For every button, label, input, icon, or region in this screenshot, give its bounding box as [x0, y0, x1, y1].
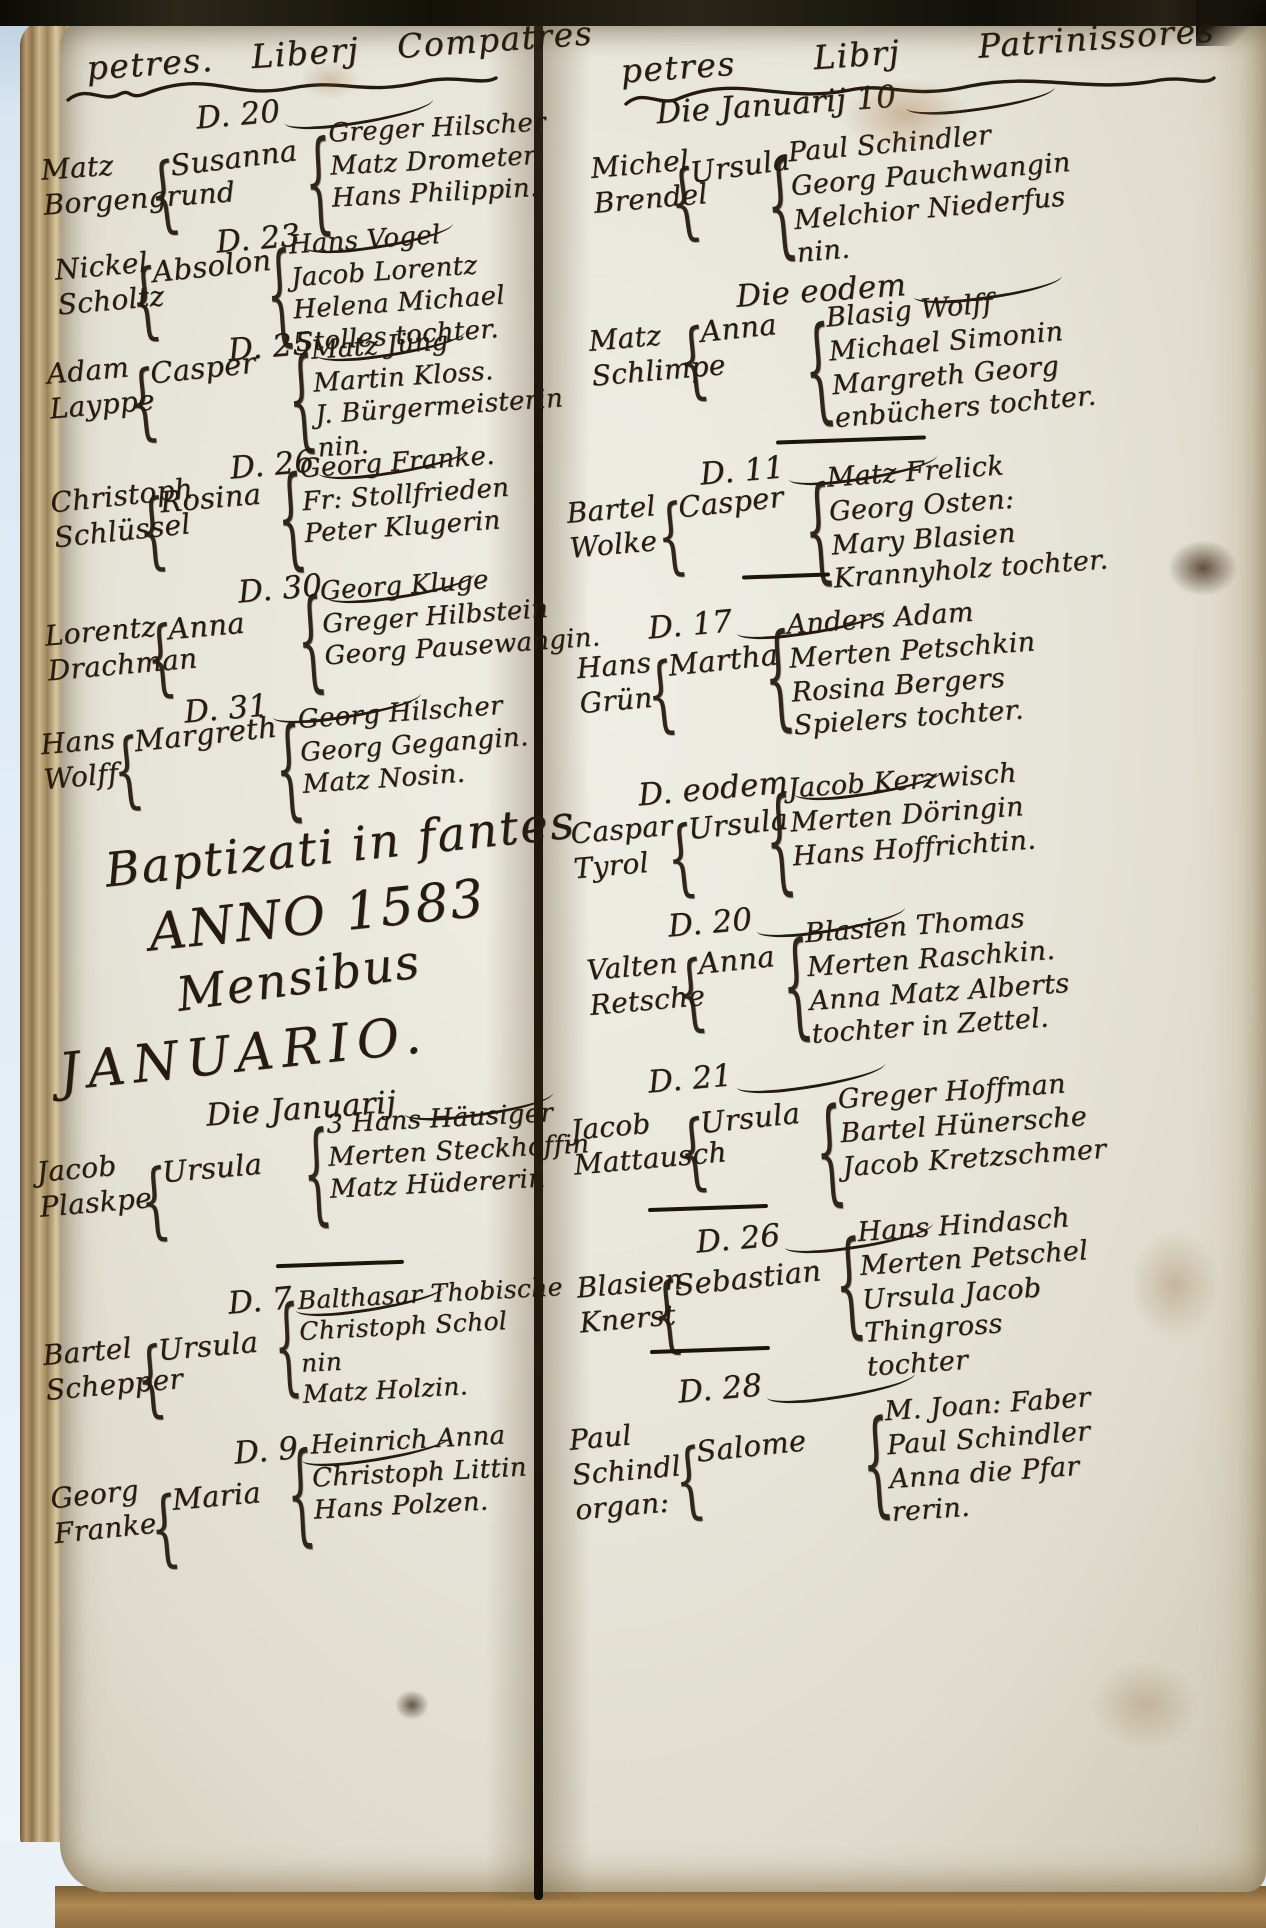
date-heading: D. 21 — [646, 1056, 733, 1102]
date-heading: D. 20 — [666, 900, 753, 946]
godparents: Blasig Wolff Michael Simonin Margreth Ge… — [825, 279, 1098, 436]
date-heading: D. 28 — [676, 1366, 763, 1412]
godparents: Balthasar Thobische Christoph Schol nin … — [297, 1271, 568, 1410]
godparents: Blasien Thomas Merten Raschkin. Anna Mat… — [804, 899, 1073, 1052]
flourish — [62, 66, 502, 110]
godparents: M. Joan: Faber Paul Schindler Anna die P… — [884, 1381, 1099, 1530]
child-name: Maria — [171, 1474, 263, 1518]
godparents: Jacob Kerzwisch Merten Döringin Hans Hof… — [787, 756, 1037, 874]
father-name: Hans Wolff — [39, 721, 120, 797]
godparents: Matz Jüng Martin Kloss. J. Bürgermeister… — [310, 318, 567, 465]
godparents: Georg Hilscher Georg Gegangin. Matz Nosi… — [297, 688, 532, 801]
godparents: Hans Hindasch Merten Petschel Ursula Jac… — [856, 1200, 1096, 1384]
center-fold-line — [534, 24, 543, 1900]
godparents: Georg Franke. Fr: Stollfrieden Peter Klu… — [299, 439, 513, 551]
godparents: Greger Hoffman Bartel Hünersche Jacob Kr… — [837, 1065, 1108, 1184]
father-name: Jacob Plaskpe — [35, 1145, 153, 1225]
father-name: Paul Schindl organ: — [568, 1413, 686, 1527]
godparents: Georg Kluge Greger Hilbstein Georg Pause… — [319, 556, 601, 673]
father-name: Georg Franke — [49, 1471, 159, 1551]
godparents: Heinrich Anna Christoph Littin Hans Polz… — [310, 1418, 530, 1527]
godparents: Greger Hilscher Matz Drometer Hans Phili… — [328, 106, 550, 215]
child-name: Anna — [167, 605, 247, 648]
godparents: Anders Adam Merten Petschkin Rosina Berg… — [786, 592, 1041, 744]
date-heading: D. 26 — [694, 1216, 781, 1262]
date-heading: D. 20 — [194, 92, 281, 138]
father-name: Bartel Wolke — [565, 488, 660, 566]
father-name: Caspar Tyrol — [569, 808, 677, 887]
godparents: 3 Hans Häusiger Merten Steckhoffin Matz … — [326, 1095, 592, 1206]
godparents: Paul Schindler Georg Pauchwangin Melchio… — [787, 112, 1078, 271]
book-cover-edge — [55, 1886, 1266, 1928]
godparents: Matz Frelick Georg Osten: Mary Blasien K… — [826, 443, 1110, 597]
manuscript-photo: { "manuscript": { "description": "Baptis… — [0, 0, 1266, 1928]
